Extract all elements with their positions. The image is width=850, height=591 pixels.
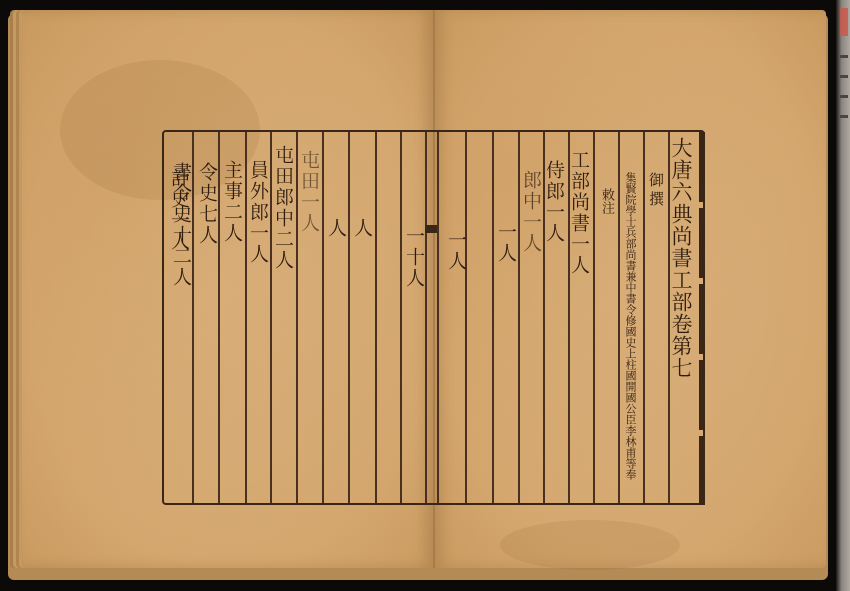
entry-column: 一人 — [495, 222, 517, 264]
ruler-tick — [840, 75, 848, 78]
ruler-tick — [840, 95, 848, 98]
column-rule — [437, 132, 439, 503]
paper-stain — [500, 520, 680, 570]
entry-column: 計史一人 — [168, 168, 190, 252]
annotation-column: 敕注 — [599, 188, 613, 214]
ruler-red-marking — [840, 8, 848, 36]
fishtail-mark — [425, 225, 437, 233]
entry-column: 一十人 — [403, 226, 425, 289]
entry-column: 屯田一人 — [298, 150, 320, 234]
title-column: 大唐六典尚書工部卷第七 — [670, 137, 692, 379]
ruler-tick — [840, 115, 848, 118]
column-rule — [348, 132, 350, 503]
entry-column: 郎中一人 — [520, 170, 542, 254]
entry-column: 人 — [325, 218, 347, 239]
column-rule — [400, 132, 402, 503]
column-rule — [492, 132, 494, 503]
column-rule — [618, 132, 620, 503]
entry-column: 人 — [351, 218, 373, 239]
column-rule — [322, 132, 324, 503]
entry-column: 員外郎一人 — [247, 160, 269, 265]
entry-column: 工部尚書一人 — [568, 150, 590, 276]
author-column: 御撰 — [645, 172, 667, 210]
column-rule — [192, 132, 194, 503]
column-rule — [465, 132, 467, 503]
entry-column: 屯田郎中二人 — [272, 145, 294, 271]
column-rule — [593, 132, 595, 503]
column-rule — [218, 132, 220, 503]
column-rule — [425, 132, 427, 503]
entry-column: 主事二人 — [221, 160, 243, 244]
compiler-column: 集賢院學士兵部尚書兼中書令修國史上柱國開國公臣李林甫等奉 — [624, 172, 636, 480]
entry-column: 令史七人 — [196, 162, 218, 246]
frame-right-border — [699, 132, 705, 505]
entry-column: 一人 — [445, 230, 467, 272]
ruler-tick — [840, 55, 848, 58]
entry-column: 侍郎一人 — [543, 160, 565, 244]
measuring-ruler — [836, 0, 850, 591]
column-rule — [375, 132, 377, 503]
